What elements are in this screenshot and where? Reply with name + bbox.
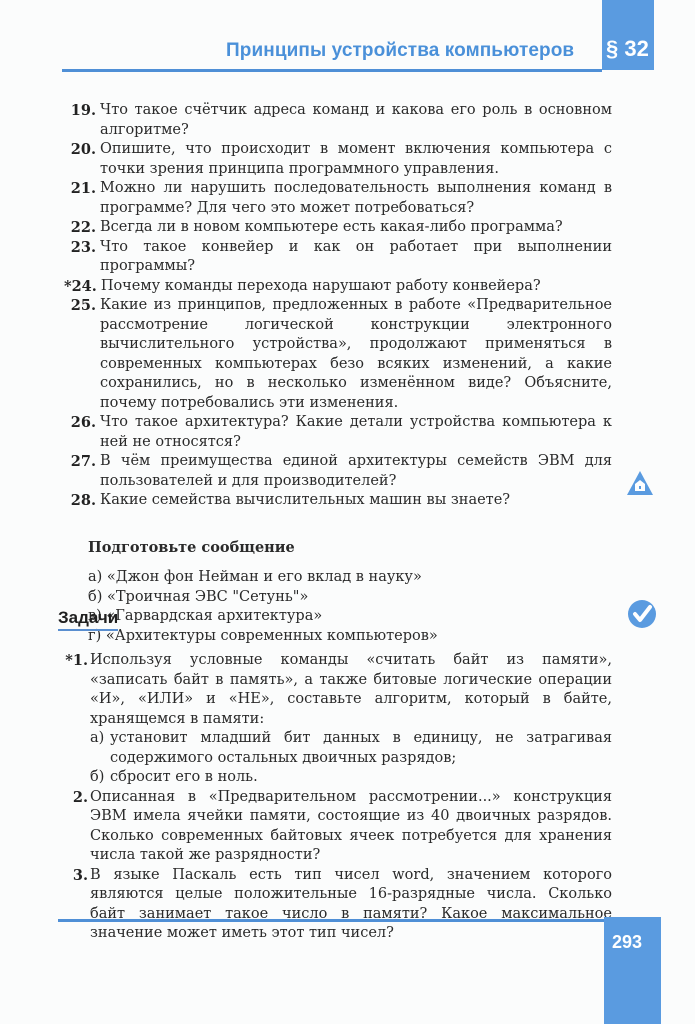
home-triangle-icon — [626, 470, 654, 496]
task-subitem: б)сбросит его в ноль. — [90, 768, 612, 788]
question-text: Опишите, что происходит в момент включен… — [100, 140, 612, 179]
question-number: 27. — [64, 452, 100, 491]
question-text: Всегда ли в новом компьютере есть какая-… — [100, 218, 612, 238]
question-item: 28.Какие семейства вычислительных машин … — [64, 491, 612, 511]
question-number: *24. — [64, 277, 101, 297]
tasks-section: *1. Используя условные команды «считать … — [58, 651, 612, 944]
question-text: Что такое конвейер и как он работает при… — [100, 238, 612, 277]
question-text: Какие семейства вычислительных машин вы … — [100, 491, 612, 511]
question-item: 19.Что такое счётчик адреса команд и как… — [64, 101, 612, 140]
footer-divider — [58, 919, 604, 922]
question-text: Что такое архитектура? Какие детали устр… — [100, 413, 612, 452]
report-heading: Подготовьте сообщение — [88, 538, 612, 558]
subitem-text: установит младший бит данных в единицу, … — [110, 729, 612, 768]
question-item: 22.Всегда ли в новом компьютере есть как… — [64, 218, 612, 238]
question-item: *24.Почему команды перехода нарушают раб… — [64, 277, 612, 297]
task-text: Используя условные команды «считать байт… — [90, 651, 612, 729]
task-text: В языке Паскаль есть тип чисел word, зна… — [90, 866, 612, 944]
header-divider — [62, 69, 602, 72]
questions-section: 19.Что такое счётчик адреса команд и как… — [64, 101, 612, 646]
question-item: 23.Что такое конвейер и как он работает … — [64, 238, 612, 277]
question-number: 21. — [64, 179, 100, 218]
task-subitem: а)установит младший бит данных в единицу… — [90, 729, 612, 768]
report-topic: а) «Джон фон Нейман и его вклад в науку» — [88, 568, 612, 588]
subitem-label: а) — [90, 729, 110, 768]
question-number: 26. — [64, 413, 100, 452]
chapter-title: Принципы устройства компьютеров — [226, 40, 574, 62]
report-topic: б) «Троичная ЭВС "Сетунь"» — [88, 588, 612, 608]
task-number: 2. — [58, 788, 90, 866]
task-number: *1. — [58, 651, 90, 788]
task-item: 3.В языке Паскаль есть тип чисел word, з… — [58, 866, 612, 944]
section-number: § 32 — [606, 36, 649, 62]
subitem-text: сбросит его в ноль. — [110, 768, 612, 788]
report-topic: г) «Архитектуры современных компьютеров» — [88, 627, 612, 647]
question-text: Что такое счётчик адреса команд и какова… — [100, 101, 612, 140]
question-text: Можно ли нарушить последовательность вып… — [100, 179, 612, 218]
report-topics: а) «Джон фон Нейман и его вклад в науку»… — [88, 568, 612, 646]
question-text: Почему команды перехода нарушают работу … — [101, 277, 612, 297]
subitem-label: б) — [90, 768, 110, 788]
question-item: 25.Какие из принципов, предложенных в ра… — [64, 296, 612, 413]
checkmark-circle-icon — [627, 599, 657, 629]
question-number: 22. — [64, 218, 100, 238]
question-text: Какие из принципов, предложенных в работ… — [100, 296, 612, 413]
task-text: Описанная в «Предварительном рассмотрени… — [90, 788, 612, 866]
question-number: 28. — [64, 491, 100, 511]
task-item: *1. Используя условные команды «считать … — [58, 651, 612, 788]
question-item: 21.Можно ли нарушить последовательность … — [64, 179, 612, 218]
question-item: 20.Опишите, что происходит в момент вклю… — [64, 140, 612, 179]
report-topic: в) «Гарвардская архитектура» — [88, 607, 612, 627]
page-number: 293 — [612, 932, 642, 953]
question-item: 27.В чём преимущества единой архитектуры… — [64, 452, 612, 491]
question-number: 19. — [64, 101, 100, 140]
question-text: В чём преимущества единой архитектуры се… — [100, 452, 612, 491]
task-number: 3. — [58, 866, 90, 944]
question-number: 20. — [64, 140, 100, 179]
tasks-heading: Задачи — [58, 608, 118, 631]
question-number: 25. — [64, 296, 100, 413]
task-item: 2.Описанная в «Предварительном рассмотре… — [58, 788, 612, 866]
question-number: 23. — [64, 238, 100, 277]
question-item: 26.Что такое архитектура? Какие детали у… — [64, 413, 612, 452]
